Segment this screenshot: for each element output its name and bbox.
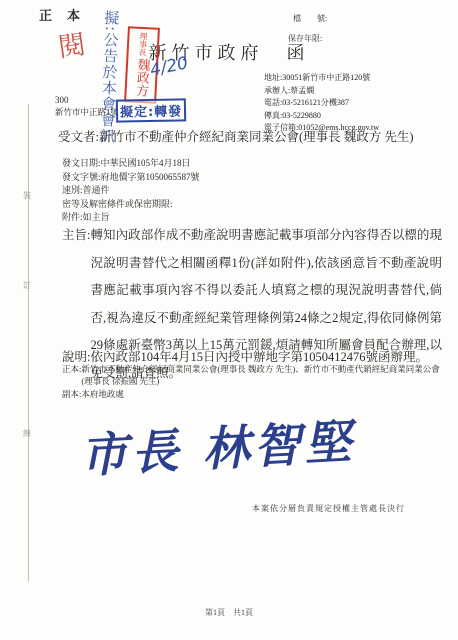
original-distribution: 正本: 新竹市不動產仲介經紀商業同業公會(理事長 魏政方 先生)、新竹市不動產代… <box>62 363 442 387</box>
recipient-line: 受文者: 新竹市不動產仲介經紀商業同業公會(理事長 魏政方 先生) <box>58 129 442 145</box>
read-seal-stamp: 閱 <box>55 22 87 64</box>
agency-contact-block: 地址:30051新竹市中正路120號 承辦人:蔡孟嫻 電話:03-5216121… <box>264 72 379 135</box>
recipient-value: 新竹市不動產仲介經紀商業同業公會(理事長 魏政方 先生) <box>99 129 442 145</box>
cc-label: 副本: <box>62 388 81 400</box>
cc-value: 本府地政處 <box>81 388 442 400</box>
cc-distribution: 副本: 本府地政處 <box>62 388 442 400</box>
recipient-label: 受文者: <box>58 129 99 145</box>
chairman-stamp-title: 理事長 <box>137 32 149 57</box>
binding-mark-xian: 線 <box>23 428 31 439</box>
agency-phone: 電話:03-5216121分機387 <box>264 97 379 110</box>
page-number-footer: 第1頁 共1頁 <box>0 607 458 618</box>
agency-fax: 傳真:03-5229880 <box>264 110 379 123</box>
original-value: 新竹市不動產仲介經紀商業同業公會(理事長 魏政方 先生)、新竹市不動產代銷經紀商… <box>81 363 442 387</box>
mayor-signature: 市長 林智堅 <box>78 405 357 486</box>
issue-date: 發文日期:中華民國105年4月18日 <box>62 157 200 171</box>
original-label: 正本: <box>62 363 81 387</box>
binding-mark-zhuang: 裝 <box>23 190 31 201</box>
file-number-label: 檔 號: <box>293 13 327 24</box>
agency-address: 地址:30051新竹市中正路120號 <box>264 72 379 85</box>
authorization-note: 本案依分層負責規定授權主管處長決行 <box>252 503 405 514</box>
issue-number: 發文字號:府地價字第1050065587號 <box>62 171 200 185</box>
forward-decision-stamp: 擬定:轉發 <box>116 98 187 122</box>
copy-type-label: 正本 <box>39 5 95 24</box>
classification: 密等及解密條件或保密期限: <box>62 198 200 212</box>
case-officer: 承辦人:蔡孟嫻 <box>264 85 379 98</box>
speed-class: 速別:普通件 <box>62 184 200 198</box>
document-meta-block: 發文日期:中華民國105年4月18日 發文字號:府地價字第1050065587號… <box>62 157 200 225</box>
binding-line <box>28 104 29 582</box>
recipient-zip: 300 <box>55 95 69 105</box>
official-letter-page: 裝 訂 線 正本 檔 號: 保存年限: 新竹市政府 函 地址:30051新竹市中… <box>0 0 458 640</box>
binding-mark-ding: 訂 <box>23 280 31 291</box>
